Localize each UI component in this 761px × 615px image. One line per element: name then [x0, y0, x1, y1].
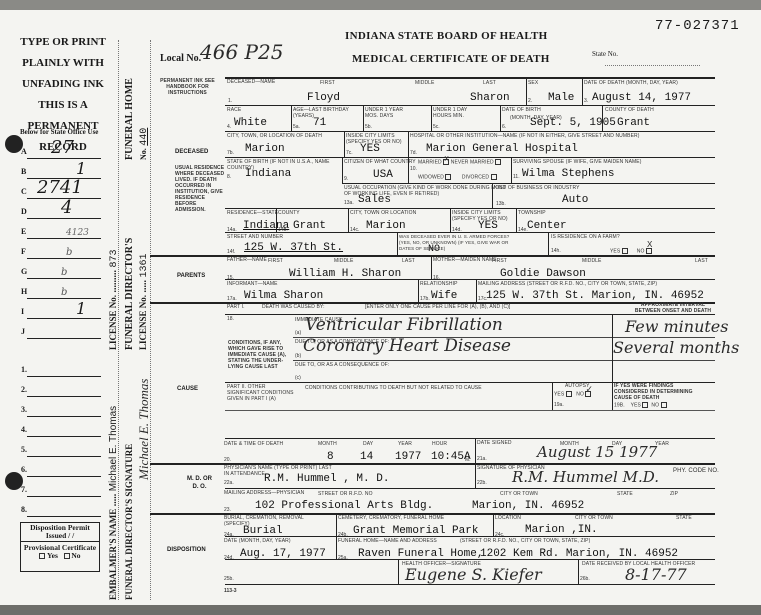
permit-issued-value: / /	[68, 531, 74, 540]
code-value: 27	[51, 137, 74, 158]
date-signed: August 15 1977	[537, 443, 657, 461]
findings-options: 19b. YES NO	[614, 402, 667, 408]
kind-of-business: Auto	[562, 194, 588, 206]
farm-no-checkbox[interactable]: X	[646, 248, 652, 254]
autopsy-yes-checkbox[interactable]	[566, 391, 572, 397]
code-row-8: 8.	[21, 505, 101, 517]
agency-title: INDIANA STATE BOARD OF HEALTH	[345, 30, 547, 42]
code-value: b	[61, 287, 67, 298]
code-value: 1	[76, 299, 86, 318]
divorced-checkbox[interactable]	[491, 174, 497, 180]
license-number: LICENSE No. ......... 873	[108, 249, 120, 350]
code-value: 4	[61, 197, 72, 218]
conditions-note: CONDITIONS, IF ANY, WHICH GAVE RISE TO I…	[228, 340, 290, 370]
surviving-spouse: Wilma Stephens	[522, 168, 614, 180]
date-of-death: August 14, 1977	[592, 92, 691, 104]
farm-options: YES NO X	[610, 248, 652, 254]
death-year: 1977	[395, 451, 421, 463]
instruction-line: TYPE OR PRINT	[18, 32, 108, 53]
code-row-4: 4.	[21, 425, 101, 437]
code-row-3: 3.	[21, 405, 101, 417]
autopsy-no-checkbox[interactable]: ✓	[585, 391, 591, 397]
physician-signature: R.M. Hummel M.D.	[512, 468, 659, 486]
cemetery-location: Marion ,IN.	[525, 524, 598, 536]
code-row-2: 2.	[21, 385, 101, 397]
funeral-director-license-label: FUNERAL DIRECTOR'S	[124, 238, 135, 350]
code-value: 1	[76, 159, 86, 178]
section-physician: M. D. OR D. O.	[187, 475, 212, 491]
cause-a-interval: Few minutes	[625, 317, 728, 336]
death-day: 14	[360, 451, 373, 463]
deceased-last-name: Sharon	[470, 92, 510, 104]
form-number: 113-3	[224, 588, 237, 594]
embalmer-name: EMBALMER'S NAME ..... Michael E. Thomas	[108, 406, 119, 600]
cause-b-interval: Several months	[613, 338, 739, 357]
funeral-home-label: FUNERAL HOME	[124, 78, 135, 160]
deceased-race: White	[234, 117, 267, 129]
code-row-d: D4	[21, 207, 101, 219]
usual-residence-note: USUAL RESIDENCE WHERE DECEASED LIVED. IF…	[175, 165, 225, 213]
never-married-checkbox[interactable]	[495, 159, 501, 165]
deceased-sex: Male	[548, 92, 574, 104]
cause-b: Coronary Heart Disease	[303, 336, 511, 356]
autopsy-options: YES NO ✓	[554, 391, 591, 397]
permanent-ink-note: PERMANENT INK SEE HANDBOOK FOR INSTRUCTI…	[160, 78, 215, 96]
code-row-1: 1.	[21, 365, 101, 377]
county-of-death: Grant	[617, 117, 650, 129]
city-of-death: Marion	[245, 143, 285, 155]
code-row-e: E4123	[21, 227, 101, 239]
rule	[225, 77, 715, 79]
birth-state: Indiana	[245, 168, 291, 180]
local-no-label: Local No.	[160, 53, 201, 64]
findings-yes-checkbox[interactable]	[642, 402, 648, 408]
provisional-no-checkbox[interactable]	[64, 553, 70, 559]
death-month: 8	[327, 451, 334, 463]
physician-name: R.M. Hummel , M. D.	[264, 473, 389, 485]
local-no-value: 466 P25	[200, 40, 283, 64]
armed-forces: NO	[428, 244, 440, 255]
code-row-f: Fb	[21, 247, 101, 259]
funeral-home-number: No. 440	[138, 128, 150, 160]
death-certificate-page: 77-027371 TYPE OR PRINT PLAINLY WITH UNF…	[0, 10, 761, 605]
provisional-certificate-label: Provisional Certificate	[21, 542, 99, 551]
informant-address: 125 W. 37th St. Marion, IN. 46952	[486, 290, 704, 302]
scan-top-edge	[0, 0, 761, 10]
section-parents: PARENTS	[177, 273, 205, 279]
hospital-name: Marion General Hospital	[426, 143, 578, 155]
section-cause: CAUSE	[177, 386, 198, 392]
code-value: b	[61, 267, 67, 278]
code-value: 2741	[37, 177, 83, 198]
farm-yes-checkbox[interactable]	[622, 248, 628, 254]
residence-inside-city: YES	[478, 220, 498, 232]
married-checkbox[interactable]: x	[443, 159, 449, 165]
findings-no-checkbox[interactable]	[661, 402, 667, 408]
state-no-field	[605, 65, 700, 66]
residence-city: Marion	[366, 220, 406, 232]
code-row-5: 5.	[21, 445, 101, 457]
married-option: MARRIED x NEVER MARRIED	[418, 159, 501, 165]
provisional-yes-checkbox[interactable]	[39, 553, 45, 559]
code-value: b	[66, 247, 72, 258]
deceased-age: 71	[313, 117, 326, 129]
health-officer-signature: Eugene S. Kiefer	[405, 565, 542, 584]
informant-name: Wilma Sharon	[244, 290, 323, 302]
code-row-6: 6.	[21, 465, 101, 477]
code-row-g: Gb	[21, 267, 101, 279]
residence-county: Grant	[293, 220, 326, 232]
residence-township: Center	[527, 220, 567, 232]
certificate-title: MEDICAL CERTIFICATE OF DEATH	[352, 53, 550, 65]
separator	[150, 40, 151, 600]
funeral-director-license-number: LICENSE No. ..... 1361	[138, 253, 150, 350]
disposition-permit-box: Disposition Permit Issued / / Provisiona…	[20, 522, 100, 572]
code-row-j: J	[21, 327, 101, 339]
deceased-first-name: Floyd	[307, 92, 340, 104]
state-office-label: Below for State Office Use	[20, 128, 98, 136]
code-row-h: Hb	[21, 287, 101, 299]
usual-occupation: Sales	[358, 194, 391, 206]
physician-mailing-street: 102 Professional Arts Bldg.	[255, 500, 433, 512]
residence-street: 125 W. 37th St.	[244, 242, 343, 254]
instruction-line: PLAINLY WITH	[18, 53, 108, 74]
funeral-director-signature-label: FUNERAL DIRECTOR'S SIGNATURE	[124, 444, 134, 600]
informant-relationship: Wife	[431, 290, 457, 302]
code-row-a: A27	[21, 147, 101, 159]
section-disposition: DISPOSITION	[167, 547, 206, 553]
code-row-7: 7.	[21, 485, 101, 497]
physician-mailing-city: Marion, IN. 46952	[472, 500, 584, 512]
widowed-divorced-options: WIDOWED DIVORCED	[418, 174, 497, 180]
instruction-line: THIS IS A	[18, 95, 108, 116]
code-value: 4123	[66, 228, 89, 238]
death-inside-city: YES	[360, 143, 380, 155]
state-number-stamp: 77-027371	[655, 18, 740, 34]
section-deceased: DECEASED	[175, 149, 208, 155]
date-received: 8-17-77	[625, 565, 687, 584]
state-no-label: State No.	[592, 50, 652, 59]
scan-bottom-edge	[0, 605, 761, 615]
cause-a: Ventricular Fibrillation	[305, 315, 503, 335]
widowed-checkbox[interactable]	[445, 174, 451, 180]
citizenship: USA	[373, 169, 393, 181]
code-row-i: I1	[21, 307, 101, 319]
instruction-line: UNFADING INK	[18, 74, 108, 95]
